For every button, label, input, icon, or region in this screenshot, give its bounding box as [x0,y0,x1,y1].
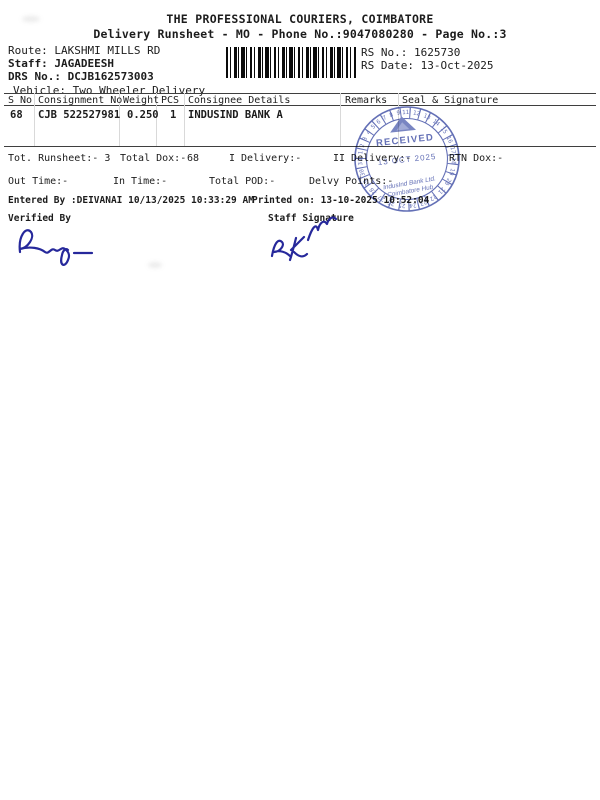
col-header-pcs: PCS [161,95,179,106]
route-line: Route: LAKSHMI MILLS RD [8,44,160,57]
col-header-consignee-details: Consignee Details [188,95,290,106]
route-label: Route: [8,44,48,57]
rs-no-label: RS No.: [361,46,407,59]
staff-label: Staff: [8,57,48,70]
route-value: LAKSHMI MILLS RD [54,44,160,57]
cell-sno: 68 [10,109,23,121]
verified-by-signature-image [8,222,138,274]
i-delivery-label: I Delivery:- [229,153,301,164]
cell-consignment-no: CJB 522527981 [38,109,120,121]
stamp-received-text: RECEIVED [376,132,435,149]
out-time-label: Out Time:- [8,176,68,187]
scan-artifact [22,16,40,22]
col-header-sno: S No [8,95,32,106]
total-pod-label: Total POD:- [209,176,275,187]
tot-runsheet-value: 3 [104,153,110,164]
total-dox-label: Total Dox:- [120,153,186,164]
tot-runsheet-label: Tot. Runsheet:- [8,153,98,164]
staff-signature-image [256,210,346,266]
drs-label: DRS No.: [8,70,61,83]
runsheet-barcode-image [226,47,356,78]
delivery-runsheet-document: THE PROFESSIONAL COURIERS, COIMBATORE De… [0,0,600,800]
stamp-date-text: 13 OCT 2025 [377,152,437,167]
rs-date-value: 13-Oct-2025 [421,59,494,72]
column-divider [184,93,185,146]
cell-pcs: 1 [170,109,176,121]
tot-runsheet: Tot. Runsheet:- 3 [8,153,110,164]
cell-weight: 0.250 [127,109,159,121]
drs-value: DCJB162573003 [68,70,154,83]
staff-line: Staff: JAGADEESH [8,57,114,70]
total-dox-value: 68 [187,153,199,164]
rs-date-label: RS Date: [361,59,414,72]
entered-by-text: Entered By :DEIVANAI 10/13/2025 10:33:29… [8,195,254,206]
page-subtitle: Delivery Runsheet - MO - Phone No.:90470… [0,27,600,41]
table-bottom-rule [4,146,596,147]
column-divider [340,93,341,146]
rs-no-value: 1625730 [414,46,460,59]
column-divider [34,93,35,146]
rs-date-line: RS Date: 13-Oct-2025 [361,59,493,72]
col-header-consignment-no: Consignment No [38,95,122,106]
page-title: THE PROFESSIONAL COURIERS, COIMBATORE [0,12,600,26]
cell-consignee: INDUSIND BANK A [188,109,283,121]
scan-artifact [148,262,162,268]
in-time-label: In Time:- [113,176,167,187]
drs-line: DRS No.: DCJB162573003 [8,70,154,83]
staff-value: JAGADEESH [54,57,114,70]
table-top-rule [4,93,596,94]
rs-no-line: RS No.: 1625730 [361,46,460,59]
col-header-weight: Weight [123,95,159,106]
received-stamp: 11 12 13 14 15 16 17 18 19 20 21 22 23 2… [341,93,473,225]
